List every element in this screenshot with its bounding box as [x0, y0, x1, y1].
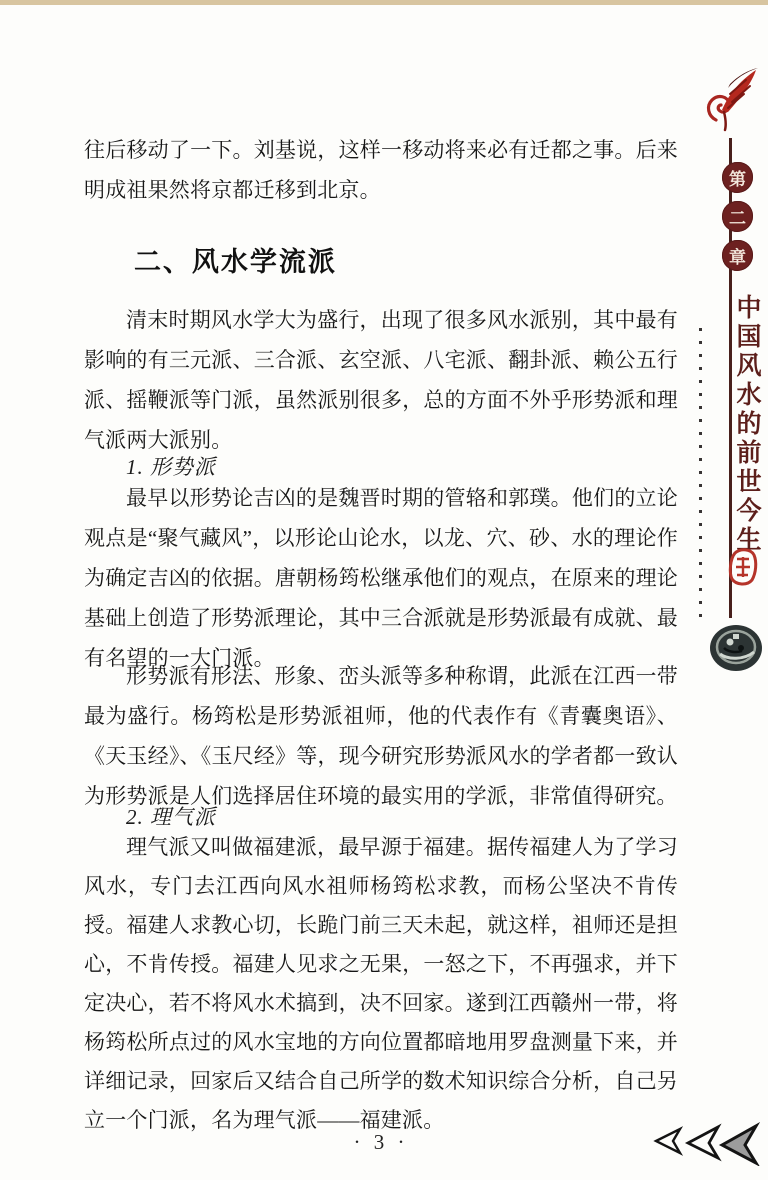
- paragraph-overview: 清末时期风水学大为盛行，出现了很多风水派别，其中最有影响的有三元派、三合派、玄空…: [84, 300, 678, 460]
- page-number: · 3 ·: [84, 1130, 678, 1155]
- page-edge-strip: [0, 0, 768, 5]
- chapter-seal-icon-3: 章: [722, 240, 753, 271]
- paragraph-xingshi-2: 形势派有形法、形象、峦头派等多种称谓，此派在江西一带最为盛行。杨筠松是形势派祖师…: [84, 656, 678, 816]
- chapter-seal-icon-1: 第: [722, 162, 753, 193]
- chapter-seal-icon-2: 二: [722, 201, 753, 232]
- paragraph-liqi: 理气派又叫做福建派，最早源于福建。据传福建人为了学习风水，专门去江西向风水祖师杨…: [84, 828, 678, 1140]
- section-heading: 二、风水学流派: [84, 240, 678, 279]
- page-nav-arrows-icon: [652, 1122, 760, 1166]
- feather-icon: [698, 64, 762, 146]
- paragraph-carryover: 往后移动了一下。刘基说，这样一移动将来必有迁都之事。后来明成祖果然将京都迁移到北…: [84, 130, 678, 210]
- book-title-vertical: 中国风水的前世今生: [722, 294, 764, 564]
- chapter-seal-char-3: 章: [729, 243, 746, 268]
- chapter-seal-char-1: 第: [729, 165, 746, 190]
- sidebar-dotted-rule: [699, 328, 702, 622]
- title-stamp-icon: [727, 547, 759, 587]
- medallion-icon: [708, 622, 764, 674]
- paragraph-xingshi-1: 最早以形势论吉凶的是魏晋时期的管辂和郭璞。他们的立论观点是“聚气藏风”，以形论山…: [84, 478, 678, 678]
- chapter-seal-char-2: 二: [729, 204, 746, 229]
